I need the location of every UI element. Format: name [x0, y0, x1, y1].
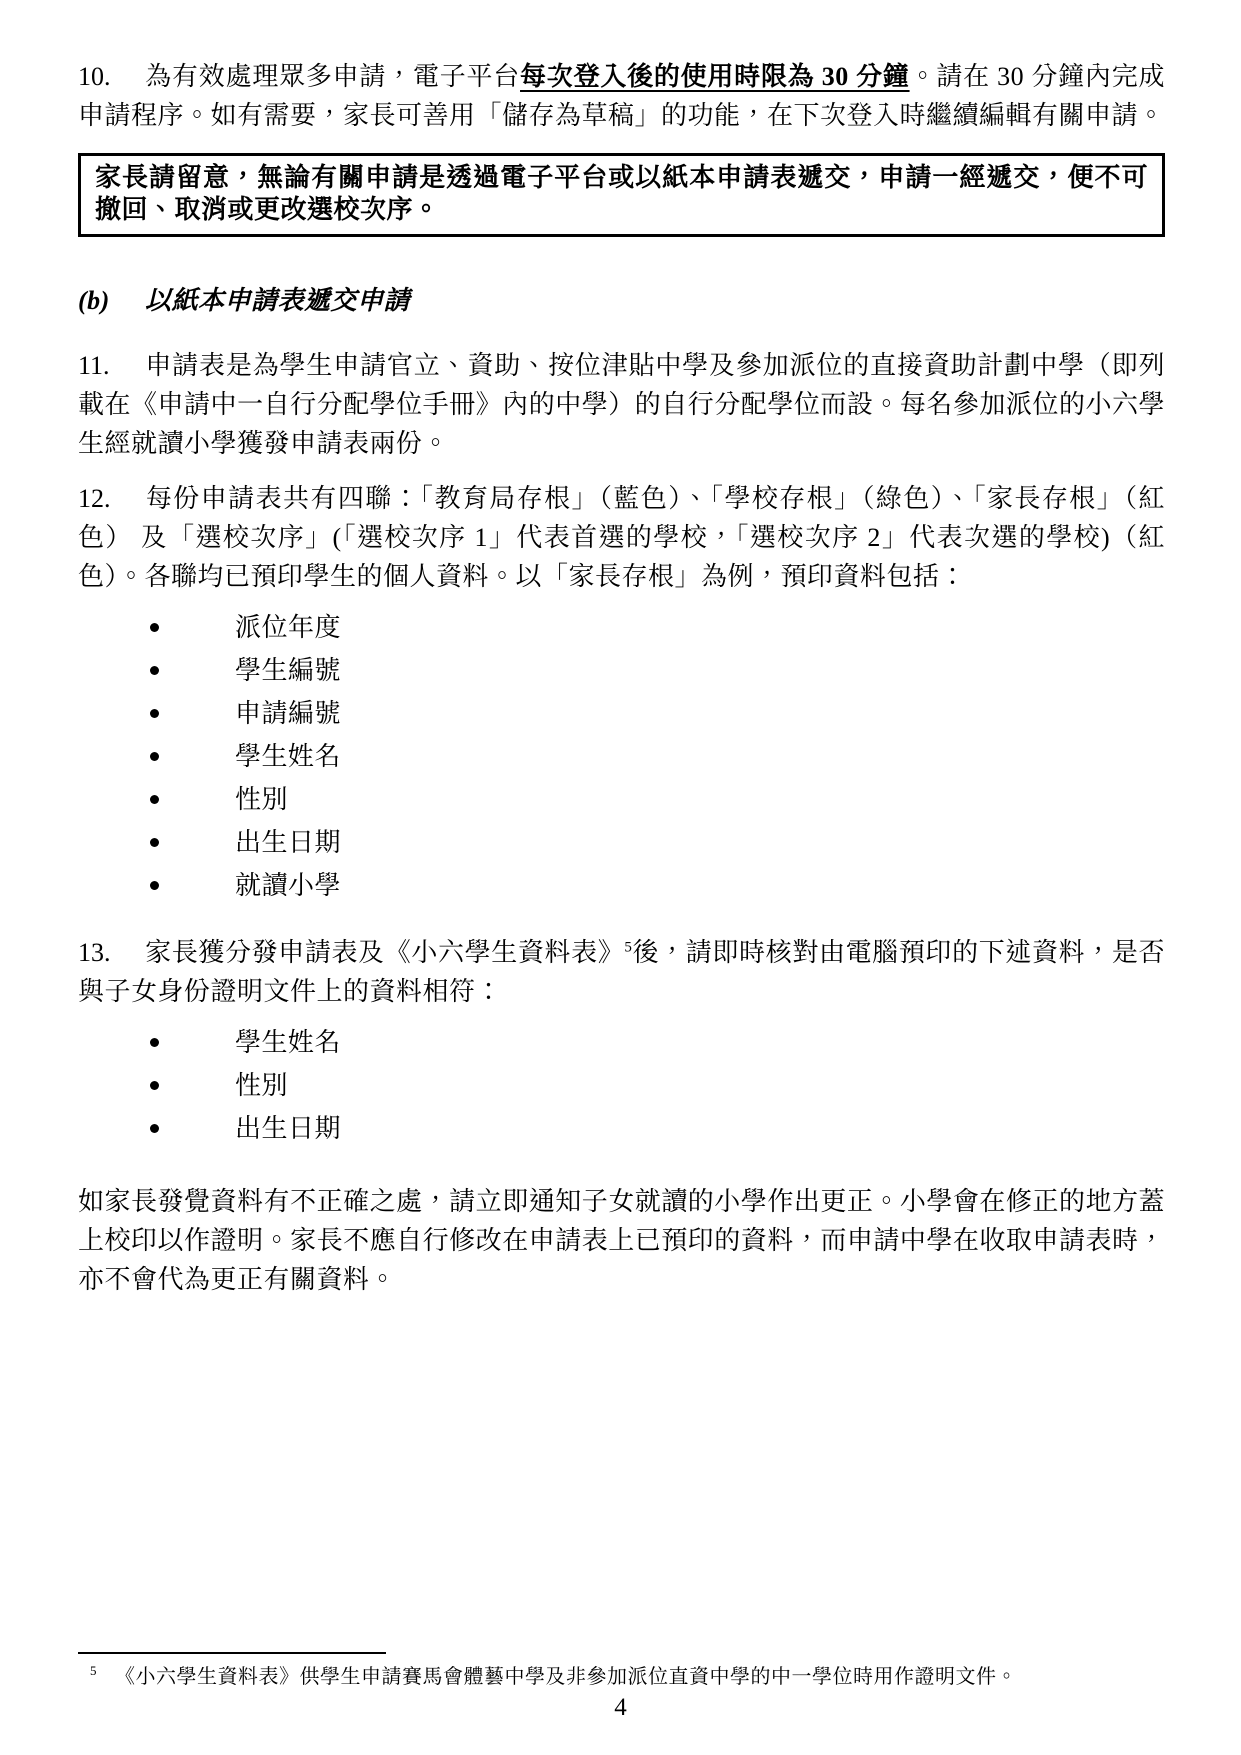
list-item-label: 就讀小學	[235, 871, 341, 900]
list-item: 出生日期	[78, 821, 1165, 864]
closing-paragraph: 如家長發覺資料有不正確之處，請立即通知子女就讀的小學作出更正。小學會在修正的地方…	[78, 1182, 1165, 1299]
list-item: 學生姓名	[78, 1021, 1165, 1064]
paragraph-number: 12.	[78, 479, 145, 518]
list-item-label: 性別	[235, 1071, 288, 1100]
list-item-label: 出生日期	[235, 828, 341, 857]
paragraph-12: 12.每份申請表共有四聯：「教育局存根」（藍色）、「學校存根」（綠色）、「家長存…	[78, 479, 1165, 596]
list-item: 申請編號	[78, 692, 1165, 735]
bullet-icon	[150, 752, 159, 761]
section-b-heading: (b)以紙本申請表遞交申請	[78, 281, 1165, 320]
paragraph-text: 為有效處理眾多申請，電子平台	[145, 62, 520, 91]
emphasized-text: 每次登入後的使用時限為 30 分鐘	[520, 62, 910, 91]
bullet-icon	[150, 666, 159, 675]
bullet-icon	[150, 1124, 159, 1133]
verify-info-list: 學生姓名 性別 出生日期	[78, 1021, 1165, 1150]
paragraph-11: 11.申請表是為學生申請官立、資助、按位津貼中學及參加派位的直接資助計劃中學（即…	[78, 346, 1165, 463]
notice-box: 家長請留意，無論有關申請是透過電子平台或以紙本申請表遞交，申請一經遞交，便不可撤…	[78, 153, 1165, 237]
bullet-icon	[150, 709, 159, 718]
paragraph-number: 10.	[78, 57, 145, 96]
section-label: (b)	[78, 281, 145, 320]
section-title: 以紙本申請表遞交申請	[145, 286, 410, 315]
paragraph-text: 家長獲分發申請表及《小六學生資料表》	[145, 938, 624, 967]
bullet-icon	[150, 838, 159, 847]
paragraph-number: 13.	[78, 933, 145, 972]
list-item-label: 學生編號	[235, 656, 341, 685]
paragraph-text: 申請表是為學生申請官立、資助、按位津貼中學及參加派位的直接資助計劃中學（即列載在…	[78, 351, 1165, 458]
list-item: 就讀小學	[78, 864, 1165, 907]
footnote-text: 《小六學生資料表》供學生申請賽馬會體藝中學及非參加派位直資中學的中一學位時用作證…	[115, 1666, 1017, 1688]
footnote-separator	[78, 1652, 386, 1654]
footnote-marker: 5	[90, 1663, 97, 1678]
page-content: 10.為有效處理眾多申請，電子平台每次登入後的使用時限為 30 分鐘。請在 30…	[78, 0, 1165, 1299]
list-item: 性別	[78, 1064, 1165, 1107]
list-item-label: 學生姓名	[235, 742, 341, 771]
list-item-label: 申請編號	[235, 699, 341, 728]
paragraph-text: 每份申請表共有四聯：「教育局存根」（藍色）、「學校存根」（綠色）、「家長存根」（…	[78, 484, 1165, 591]
notice-text: 家長請留意，無論有關申請是透過電子平台或以紙本申請表遞交，申請一經遞交，便不可撤…	[95, 163, 1148, 224]
bullet-icon	[150, 795, 159, 804]
preprinted-info-list: 派位年度 學生編號 申請編號 學生姓名 性別 出生日期 就讀小學	[78, 606, 1165, 907]
list-item-label: 出生日期	[235, 1114, 341, 1143]
list-item-label: 性別	[235, 785, 288, 814]
list-item-label: 學生姓名	[235, 1028, 341, 1057]
footnote: 5《小六學生資料表》供學生申請賽馬會體藝中學及非參加派位直資中學的中一學位時用作…	[78, 1664, 1100, 1690]
bullet-icon	[150, 881, 159, 890]
list-item: 性別	[78, 778, 1165, 821]
list-item: 派位年度	[78, 606, 1165, 649]
page-number: 4	[0, 1694, 1241, 1722]
list-item: 學生姓名	[78, 735, 1165, 778]
paragraph-number: 11.	[78, 346, 145, 385]
list-item-label: 派位年度	[235, 613, 341, 642]
bullet-icon	[150, 623, 159, 632]
list-item: 學生編號	[78, 649, 1165, 692]
list-item: 出生日期	[78, 1107, 1165, 1150]
paragraph-13: 13.家長獲分發申請表及《小六學生資料表》5後，請即時核對由電腦預印的下述資料，…	[78, 933, 1165, 1011]
paragraph-text: 如家長發覺資料有不正確之處，請立即通知子女就讀的小學作出更正。小學會在修正的地方…	[78, 1187, 1165, 1294]
document-page: 10.為有效處理眾多申請，電子平台每次登入後的使用時限為 30 分鐘。請在 30…	[0, 0, 1241, 1755]
paragraph-10: 10.為有效處理眾多申請，電子平台每次登入後的使用時限為 30 分鐘。請在 30…	[78, 57, 1165, 135]
bullet-icon	[150, 1081, 159, 1090]
bullet-icon	[150, 1038, 159, 1047]
